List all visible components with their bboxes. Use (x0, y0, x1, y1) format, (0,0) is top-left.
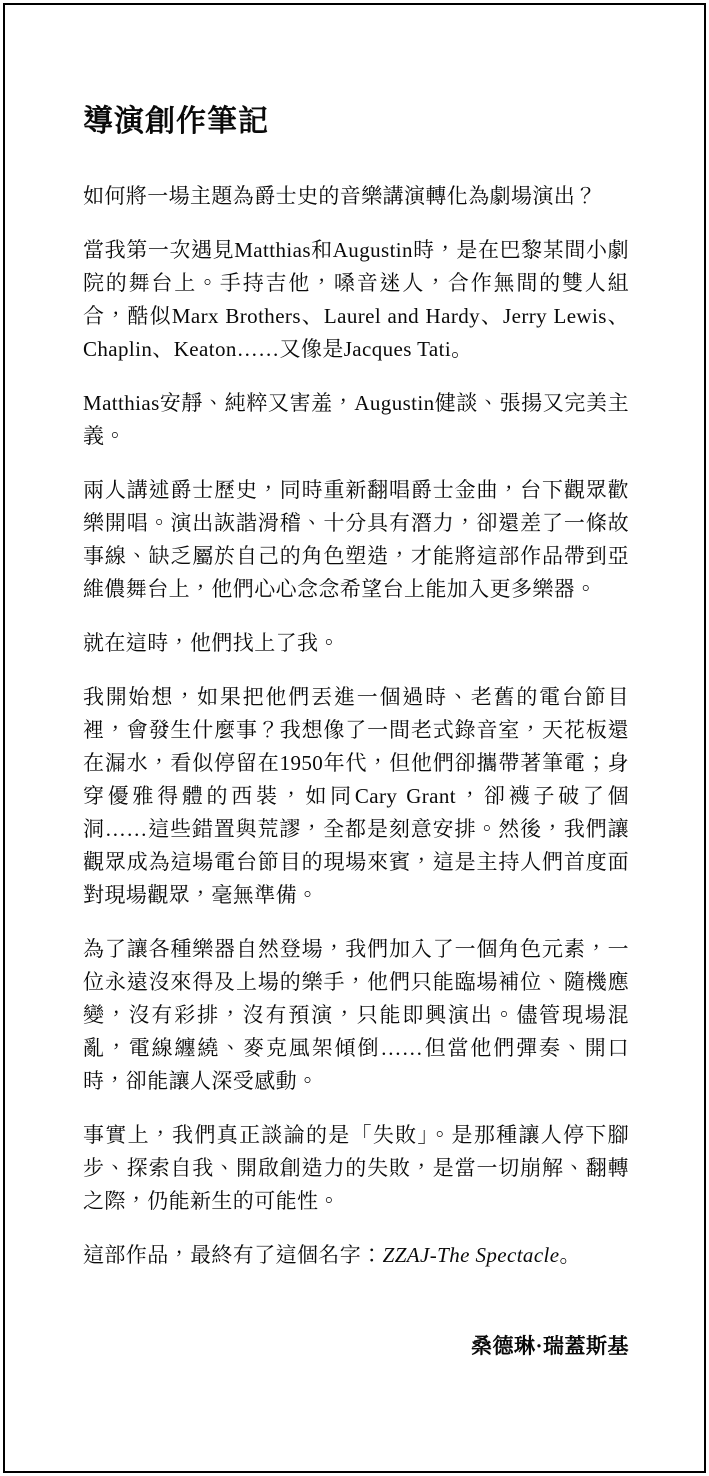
page-title: 導演創作筆記 (83, 104, 629, 140)
paragraph-musician-role: 為了讓各種樂器自然登場，我們加入了一個角色元素，一位永遠沒來得及上場的樂手，他們… (83, 933, 629, 1098)
paragraph-they-found-me: 就在這時，他們找上了我。 (83, 627, 629, 660)
paragraph-about-failure: 事實上，我們真正談論的是「失敗」。是那種讓人停下腳步、探索自我、開啟創造力的失敗… (83, 1119, 629, 1218)
page-content: 導演創作筆記 如何將一場主題為爵士史的音樂講演轉化為劇場演出？ 當我第一次遇見M… (83, 104, 629, 1363)
paragraph-jazz-history: 兩人講述爵士歷史，同時重新翻唱爵士金曲，台下觀眾歡樂開唱。演出詼諧滑稽、十分具有… (83, 474, 629, 606)
work-title: ZZAJ-The Spectacle (383, 1243, 560, 1267)
paragraph-question: 如何將一場主題為爵士史的音樂講演轉化為劇場演出？ (83, 180, 629, 213)
closing-suffix: 。 (560, 1243, 581, 1267)
paragraph-closing: 這部作品，最終有了這個名字：ZZAJ-The Spectacle。 (83, 1239, 629, 1272)
closing-prefix: 這部作品，最終有了這個名字： (83, 1243, 383, 1267)
paragraph-first-meeting: 當我第一次遇見Matthias和Augustin時，是在巴黎某間小劇院的舞台上。… (83, 234, 629, 366)
signature: 桑德琳·瑞蓋斯基 (83, 1330, 629, 1363)
paragraph-radio-studio-idea: 我開始想，如果把他們丟進一個過時、老舊的電台節目裡，會發生什麼事？我想像了一間老… (83, 681, 629, 912)
document-page: 導演創作筆記 如何將一場主題為爵士史的音樂講演轉化為劇場演出？ 當我第一次遇見M… (0, 0, 709, 1476)
paragraph-personalities: Matthias安靜、純粹又害羞，Augustin健談、張揚又完美主義。 (83, 387, 629, 453)
